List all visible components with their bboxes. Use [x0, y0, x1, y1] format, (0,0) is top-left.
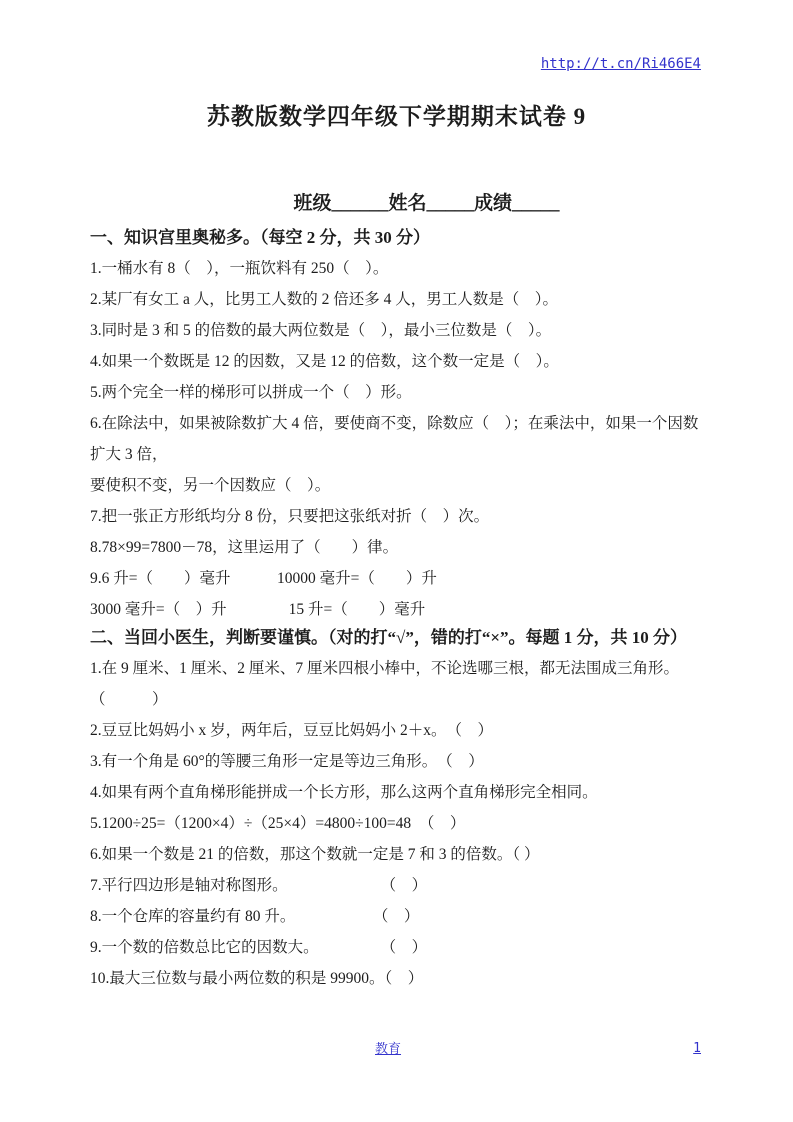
s1-question-5: 5.两个完全一样的梯形可以拼成一个（ ）形。 — [90, 377, 707, 408]
s2-question-2: 2.豆豆比妈妈小 x 岁，两年后，豆豆比妈妈小 2＋x。 （ ） — [90, 715, 707, 746]
section-true-false: 二、当回小医生，判断要谨慎。（对的打“√”，错的打“×”。每题 1 分，共 10… — [90, 622, 707, 994]
s2-question-1-answer-blank: （ ） — [90, 684, 707, 715]
s2-question-1: 1.在 9 厘米、1 厘米、2 厘米、7 厘米四根小棒中，不论选哪三根，都无法围… — [90, 653, 707, 684]
s2-question-10: 10.最大三位数与最小两位数的积是 99900。（ ） — [90, 963, 707, 994]
section-2-heading: 二、当回小医生，判断要谨慎。（对的打“√”，错的打“×”。每题 1 分，共 10… — [90, 622, 707, 653]
section-1-heading: 一、知识宫里奥秘多。（每空 2 分，共 30 分） — [90, 222, 707, 253]
document-header: http://t.cn/Ri466E4 — [90, 56, 701, 72]
s2-question-9: 9.一个数的倍数总比它的因数大。 （ ） — [90, 932, 707, 963]
header-url-link[interactable]: http://t.cn/Ri466E4 — [541, 56, 701, 72]
s1-question-2: 2.某厂有女工 a 人，比男工人数的 2 倍还多 4 人，男工人数是（ ）。 — [90, 284, 707, 315]
s1-question-8: 8.78×99=7800－78，这里运用了（ ）律。 — [90, 532, 707, 563]
section-fill-in-blanks: 一、知识宫里奥秘多。（每空 2 分，共 30 分） 1.一桶水有 8（ ），一瓶… — [90, 222, 707, 625]
s1-question-4: 4.如果一个数既是 12 的因数，又是 12 的倍数，这个数一定是（ ）。 — [90, 346, 707, 377]
exam-document-page: http://t.cn/Ri466E4 苏教版数学四年级下学期期末试卷 9 班级… — [0, 0, 793, 1122]
s2-question-5: 5.1200÷25=（1200×4）÷（25×4）=4800÷100=48 （ … — [90, 808, 707, 839]
s2-question-3: 3.有一个角是 60°的等腰三角形一定是等边三角形。 （ ） — [90, 746, 707, 777]
s1-question-3: 3.同时是 3 和 5 的倍数的最大两位数是（ ），最小三位数是（ ）。 — [90, 315, 707, 346]
s2-question-6: 6.如果一个数是 21 的倍数，那这个数就一定是 7 和 3 的倍数。（ ） — [90, 839, 707, 870]
footer-education-link[interactable]: 教育 — [375, 1040, 401, 1058]
s1-question-9-line-2: 3000 毫升=（ ）升 15 升=（ ）毫升 — [90, 594, 707, 625]
s1-question-7: 7.把一张正方形纸均分 8 份，只要把这张纸对折（ ）次。 — [90, 501, 707, 532]
s2-question-7: 7.平行四边形是轴对称图形。 （ ） — [90, 870, 707, 901]
s2-question-8: 8.一个仓库的容量约有 80 升。 （ ） — [90, 901, 707, 932]
footer-page-number[interactable]: 1 — [693, 1040, 701, 1058]
student-info-blanks: 班级______姓名_____成绩_____ — [30, 188, 793, 215]
s1-question-1: 1.一桶水有 8（ ），一瓶饮料有 250（ ）。 — [90, 253, 707, 284]
s1-question-9: 9.6 升=（ ）毫升 10000 毫升=（ ）升 — [90, 563, 707, 594]
page-title: 苏教版数学四年级下学期期末试卷 9 — [0, 98, 793, 131]
s2-question-4: 4.如果有两个直角梯形能拼成一个长方形，那么这两个直角梯形完全相同。 — [90, 777, 707, 808]
s1-question-6-line-2: 要使积不变，另一个因数应（ ）。 — [90, 470, 707, 501]
s1-question-6-line-1: 6.在除法中，如果被除数扩大 4 倍，要使商不变，除数应（ ）；在乘法中，如果一… — [90, 408, 707, 470]
